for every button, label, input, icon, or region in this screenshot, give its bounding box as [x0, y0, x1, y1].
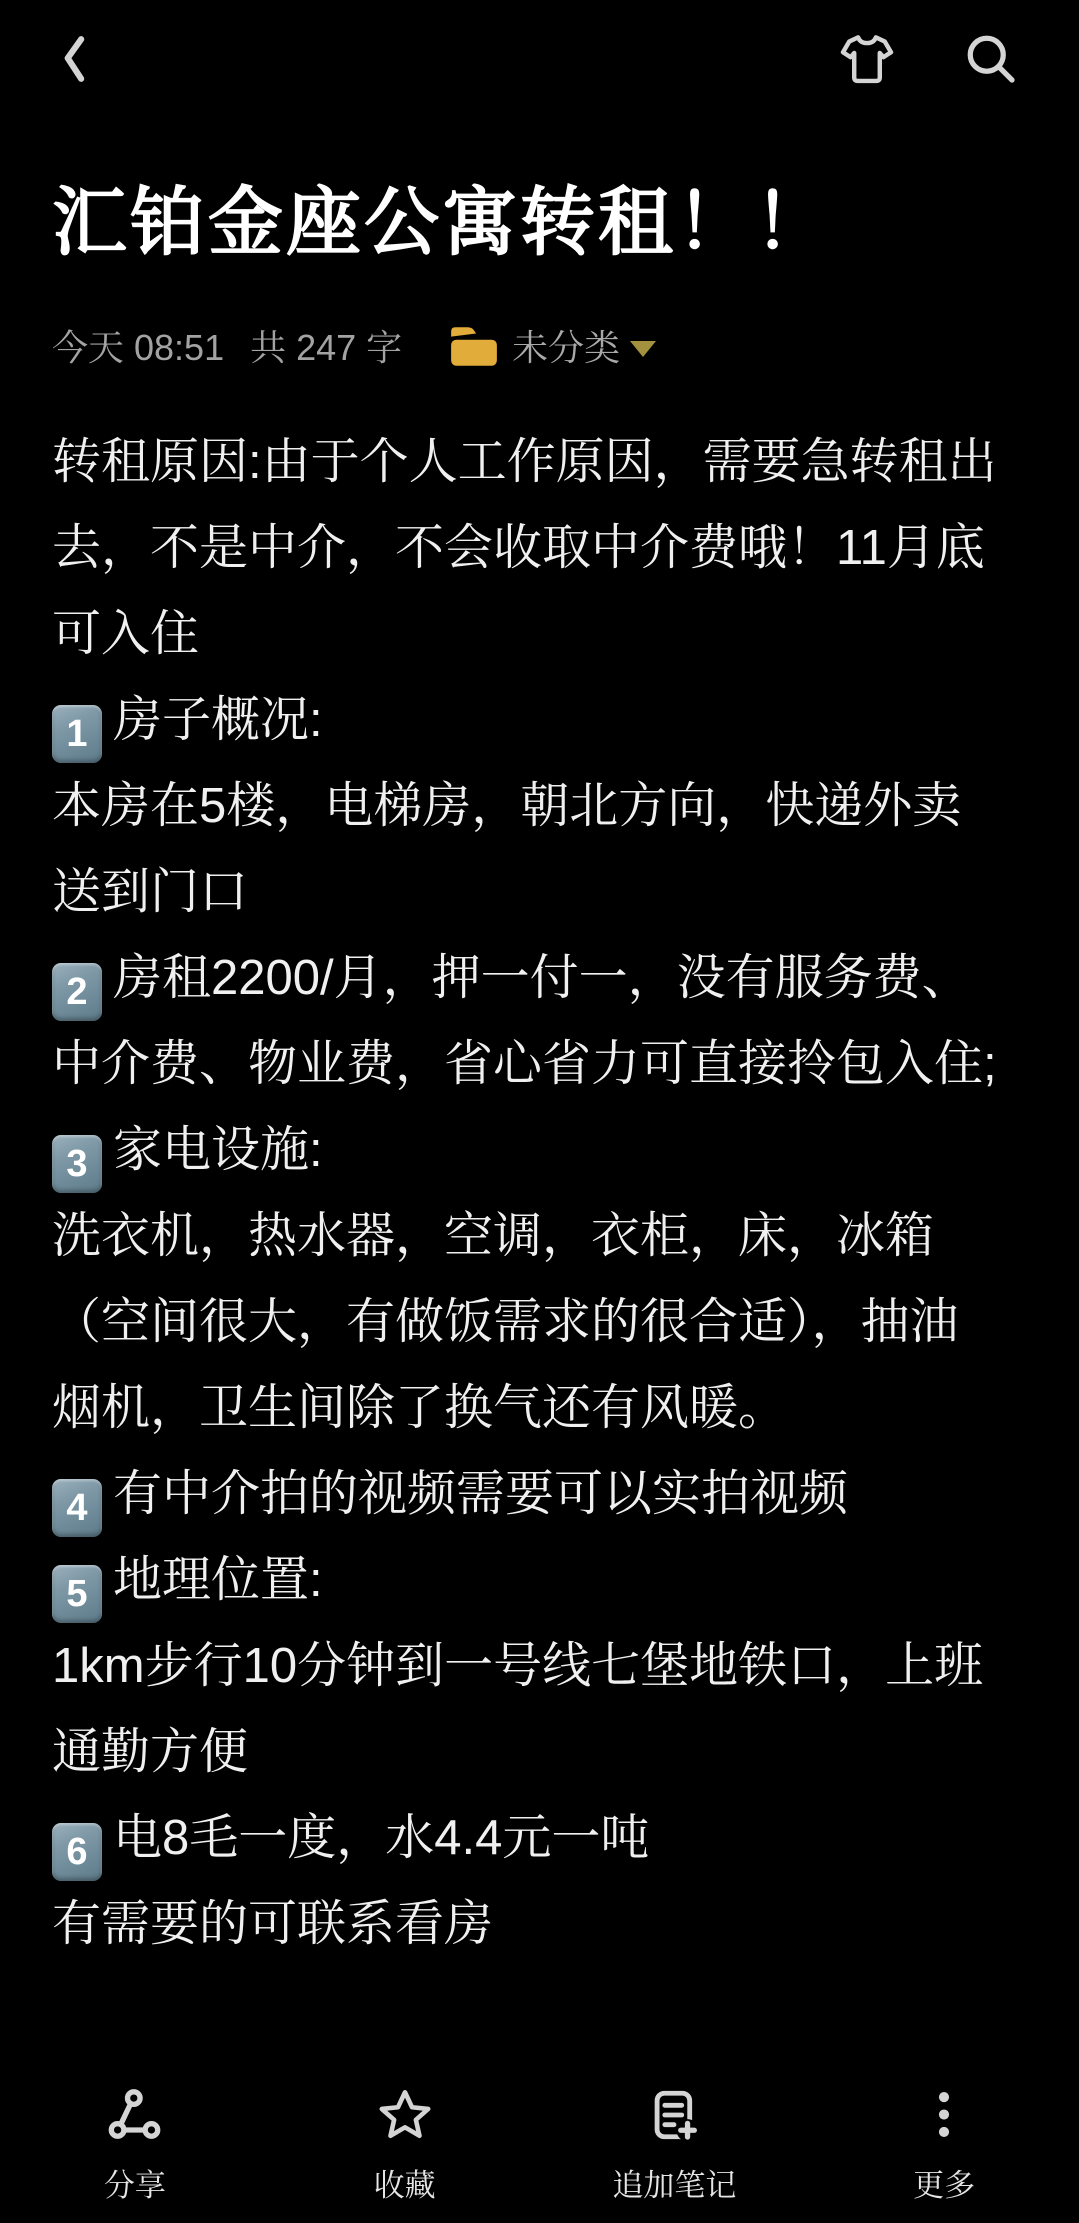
- note-text: 家电设施:: [113, 1123, 323, 1177]
- more-icon: [915, 2086, 973, 2144]
- note-line: 6电8毛一度，水4.4元一吨: [52, 1795, 1002, 1881]
- share-label: 分享: [104, 2160, 166, 2205]
- note-line: 本房在5楼，电梯房，朝北方向，快递外卖送到门口: [52, 763, 1002, 935]
- note-line: 5地理位置:: [52, 1537, 1002, 1623]
- bottom-toolbar: 分享 收藏 追加笔记: [0, 2086, 1079, 2205]
- tshirt-theme-icon: [835, 29, 899, 89]
- append-note-button[interactable]: 追加笔记: [540, 2086, 810, 2205]
- note-line: 1房子概况:: [52, 677, 1002, 763]
- word-count: 共 247 字: [250, 320, 402, 371]
- note-body: 转租原因:由于个人工作原因，需要急转租出去，不是中介，不会收取中介费哦！11月底…: [52, 419, 1002, 1967]
- top-bar: [56, 26, 1021, 92]
- note-text: 1km步行10分钟到一号线七堡地铁口，上班通勤方便: [52, 1639, 983, 1779]
- share-button[interactable]: 分享: [0, 2086, 270, 2205]
- note-text: 有需要的可联系看房: [52, 1897, 493, 1951]
- append-note-icon: [645, 2086, 703, 2144]
- append-note-label: 追加笔记: [612, 2160, 736, 2205]
- more-button[interactable]: 更多: [809, 2086, 1079, 2205]
- keycap-number: 2: [52, 963, 102, 1021]
- favorite-label: 收藏: [374, 2160, 436, 2205]
- keycap-number: 5: [52, 1565, 102, 1623]
- note-text: 有中介拍的视频需要可以实拍视频: [113, 1467, 848, 1521]
- search-button[interactable]: [961, 29, 1021, 89]
- note-text: 房子概况:: [113, 693, 323, 747]
- note-meta: 今天 08:51 共 247 字 未分类: [52, 320, 1039, 371]
- note-line: 1km步行10分钟到一号线七堡地铁口，上班通勤方便: [52, 1623, 1002, 1795]
- note-line: 3家电设施:: [52, 1107, 1002, 1193]
- keycap-number: 3: [52, 1135, 102, 1193]
- search-icon: [961, 29, 1021, 89]
- share-icon: [106, 2086, 164, 2144]
- keycap-number: 4: [52, 1479, 102, 1537]
- note-viewer-screen: 汇铂金座公寓转租！！ 今天 08:51 共 247 字 未分类 转租原因:由于个…: [0, 0, 1079, 2223]
- note-line: 2房租2200/月，押一付一，没有服务费、中介费、物业费，省心省力可直接拎包入住…: [52, 935, 1002, 1107]
- favorite-button[interactable]: 收藏: [270, 2086, 540, 2205]
- theme-button[interactable]: [835, 29, 899, 89]
- note-text: 地理位置:: [113, 1553, 323, 1607]
- more-label: 更多: [913, 2160, 975, 2205]
- folder-icon: [448, 323, 500, 369]
- category-selector[interactable]: 未分类: [448, 320, 656, 371]
- note-text: 房租2200/月，押一付一，没有服务费、中介费、物业费，省心省力可直接拎包入住;: [52, 951, 997, 1091]
- back-button[interactable]: [56, 32, 92, 86]
- note-time: 今天 08:51: [52, 320, 224, 371]
- keycap-number: 6: [52, 1823, 102, 1881]
- note-text: 电8毛一度，水4.4元一吨: [113, 1811, 649, 1865]
- note-text: 洗衣机，热水器，空调，衣柜，床，冰箱（空间很大，有做饭需求的很合适），抽油烟机，…: [52, 1209, 959, 1435]
- chevron-down-icon: [630, 341, 656, 357]
- note-line: 有需要的可联系看房: [52, 1881, 1002, 1967]
- note-line: 4有中介拍的视频需要可以实拍视频: [52, 1451, 1002, 1537]
- star-icon: [375, 2086, 435, 2144]
- chevron-back-icon: [56, 32, 92, 86]
- note-line: 洗衣机，热水器，空调，衣柜，床，冰箱（空间很大，有做饭需求的很合适），抽油烟机，…: [52, 1193, 1002, 1451]
- note-line: 转租原因:由于个人工作原因，需要急转租出去，不是中介，不会收取中介费哦！11月底…: [52, 419, 1002, 677]
- note-text: 本房在5楼，电梯房，朝北方向，快递外卖送到门口: [52, 779, 961, 919]
- keycap-number: 1: [52, 705, 102, 763]
- note-text: 转租原因:由于个人工作原因，需要急转租出去，不是中介，不会收取中介费哦！11月底…: [52, 435, 997, 661]
- category-label: 未分类: [512, 320, 620, 371]
- page-title: 汇铂金座公寓转租！！: [52, 172, 1039, 272]
- top-bar-actions: [835, 29, 1021, 89]
